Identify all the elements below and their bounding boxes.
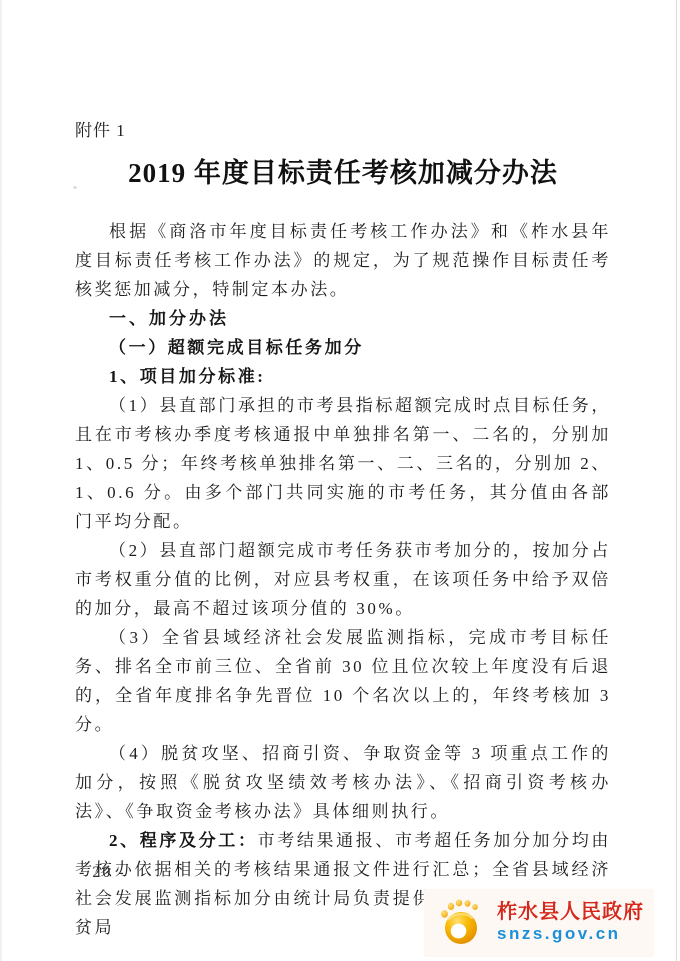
procedure-lead: 2、程序及分工：: [109, 831, 258, 850]
government-watermark-logo: 柞水县人民政府 snzs.gov.cn: [424, 889, 654, 957]
footprint-icon: [436, 896, 488, 948]
scan-edge-left: [0, 0, 2, 961]
point-paragraph-3: （3）全省县域经济社会发展监测指标，完成市考目标任务、排名全市前三位、全省前 3…: [75, 623, 611, 739]
logo-text-block: 柞水县人民政府 snzs.gov.cn: [497, 901, 644, 944]
attachment-label: 附件 1: [75, 116, 611, 141]
section-heading-bonus-methods: 一、加分办法: [75, 304, 611, 333]
government-website: snzs.gov.cn: [497, 924, 644, 944]
page-number: - 20 -: [79, 864, 126, 882]
point-paragraph-4: （4）脱贫攻坚、招商引资、争取资金等 3 项重点工作的加分，按照《脱贫攻坚绩效考…: [75, 739, 611, 826]
item-heading-scoring-standard: 1、项目加分标准:: [75, 362, 611, 391]
point-paragraph-2: （2）县直部门超额完成市考任务获市考加分的，按加分占市考权重分值的比例，对应县考…: [75, 536, 611, 623]
government-name: 柞水县人民政府: [497, 901, 644, 924]
document-title: 2019 年度目标责任考核加减分办法: [75, 151, 611, 190]
subsection-heading-overachieve: （一）超额完成目标任务加分: [75, 333, 611, 362]
intro-paragraph: 根据《商洛市年度目标责任考核工作办法》和《柞水县年度目标责任考核工作办法》的规定…: [75, 217, 611, 304]
document-body: 根据《商洛市年度目标责任考核工作办法》和《柞水县年度目标责任考核工作办法》的规定…: [75, 217, 611, 942]
scanned-document-page: 附件 1 2019 年度目标责任考核加减分办法 根据《商洛市年度目标责任考核工作…: [0, 0, 680, 961]
scan-edge-right: [676, 0, 677, 961]
document-content: 附件 1 2019 年度目标责任考核加减分办法 根据《商洛市年度目标责任考核工作…: [75, 116, 611, 942]
point-paragraph-1: （1）县直部门承担的市考县指标超额完成时点目标任务，且在市考核办季度考核通报中单…: [75, 391, 611, 536]
